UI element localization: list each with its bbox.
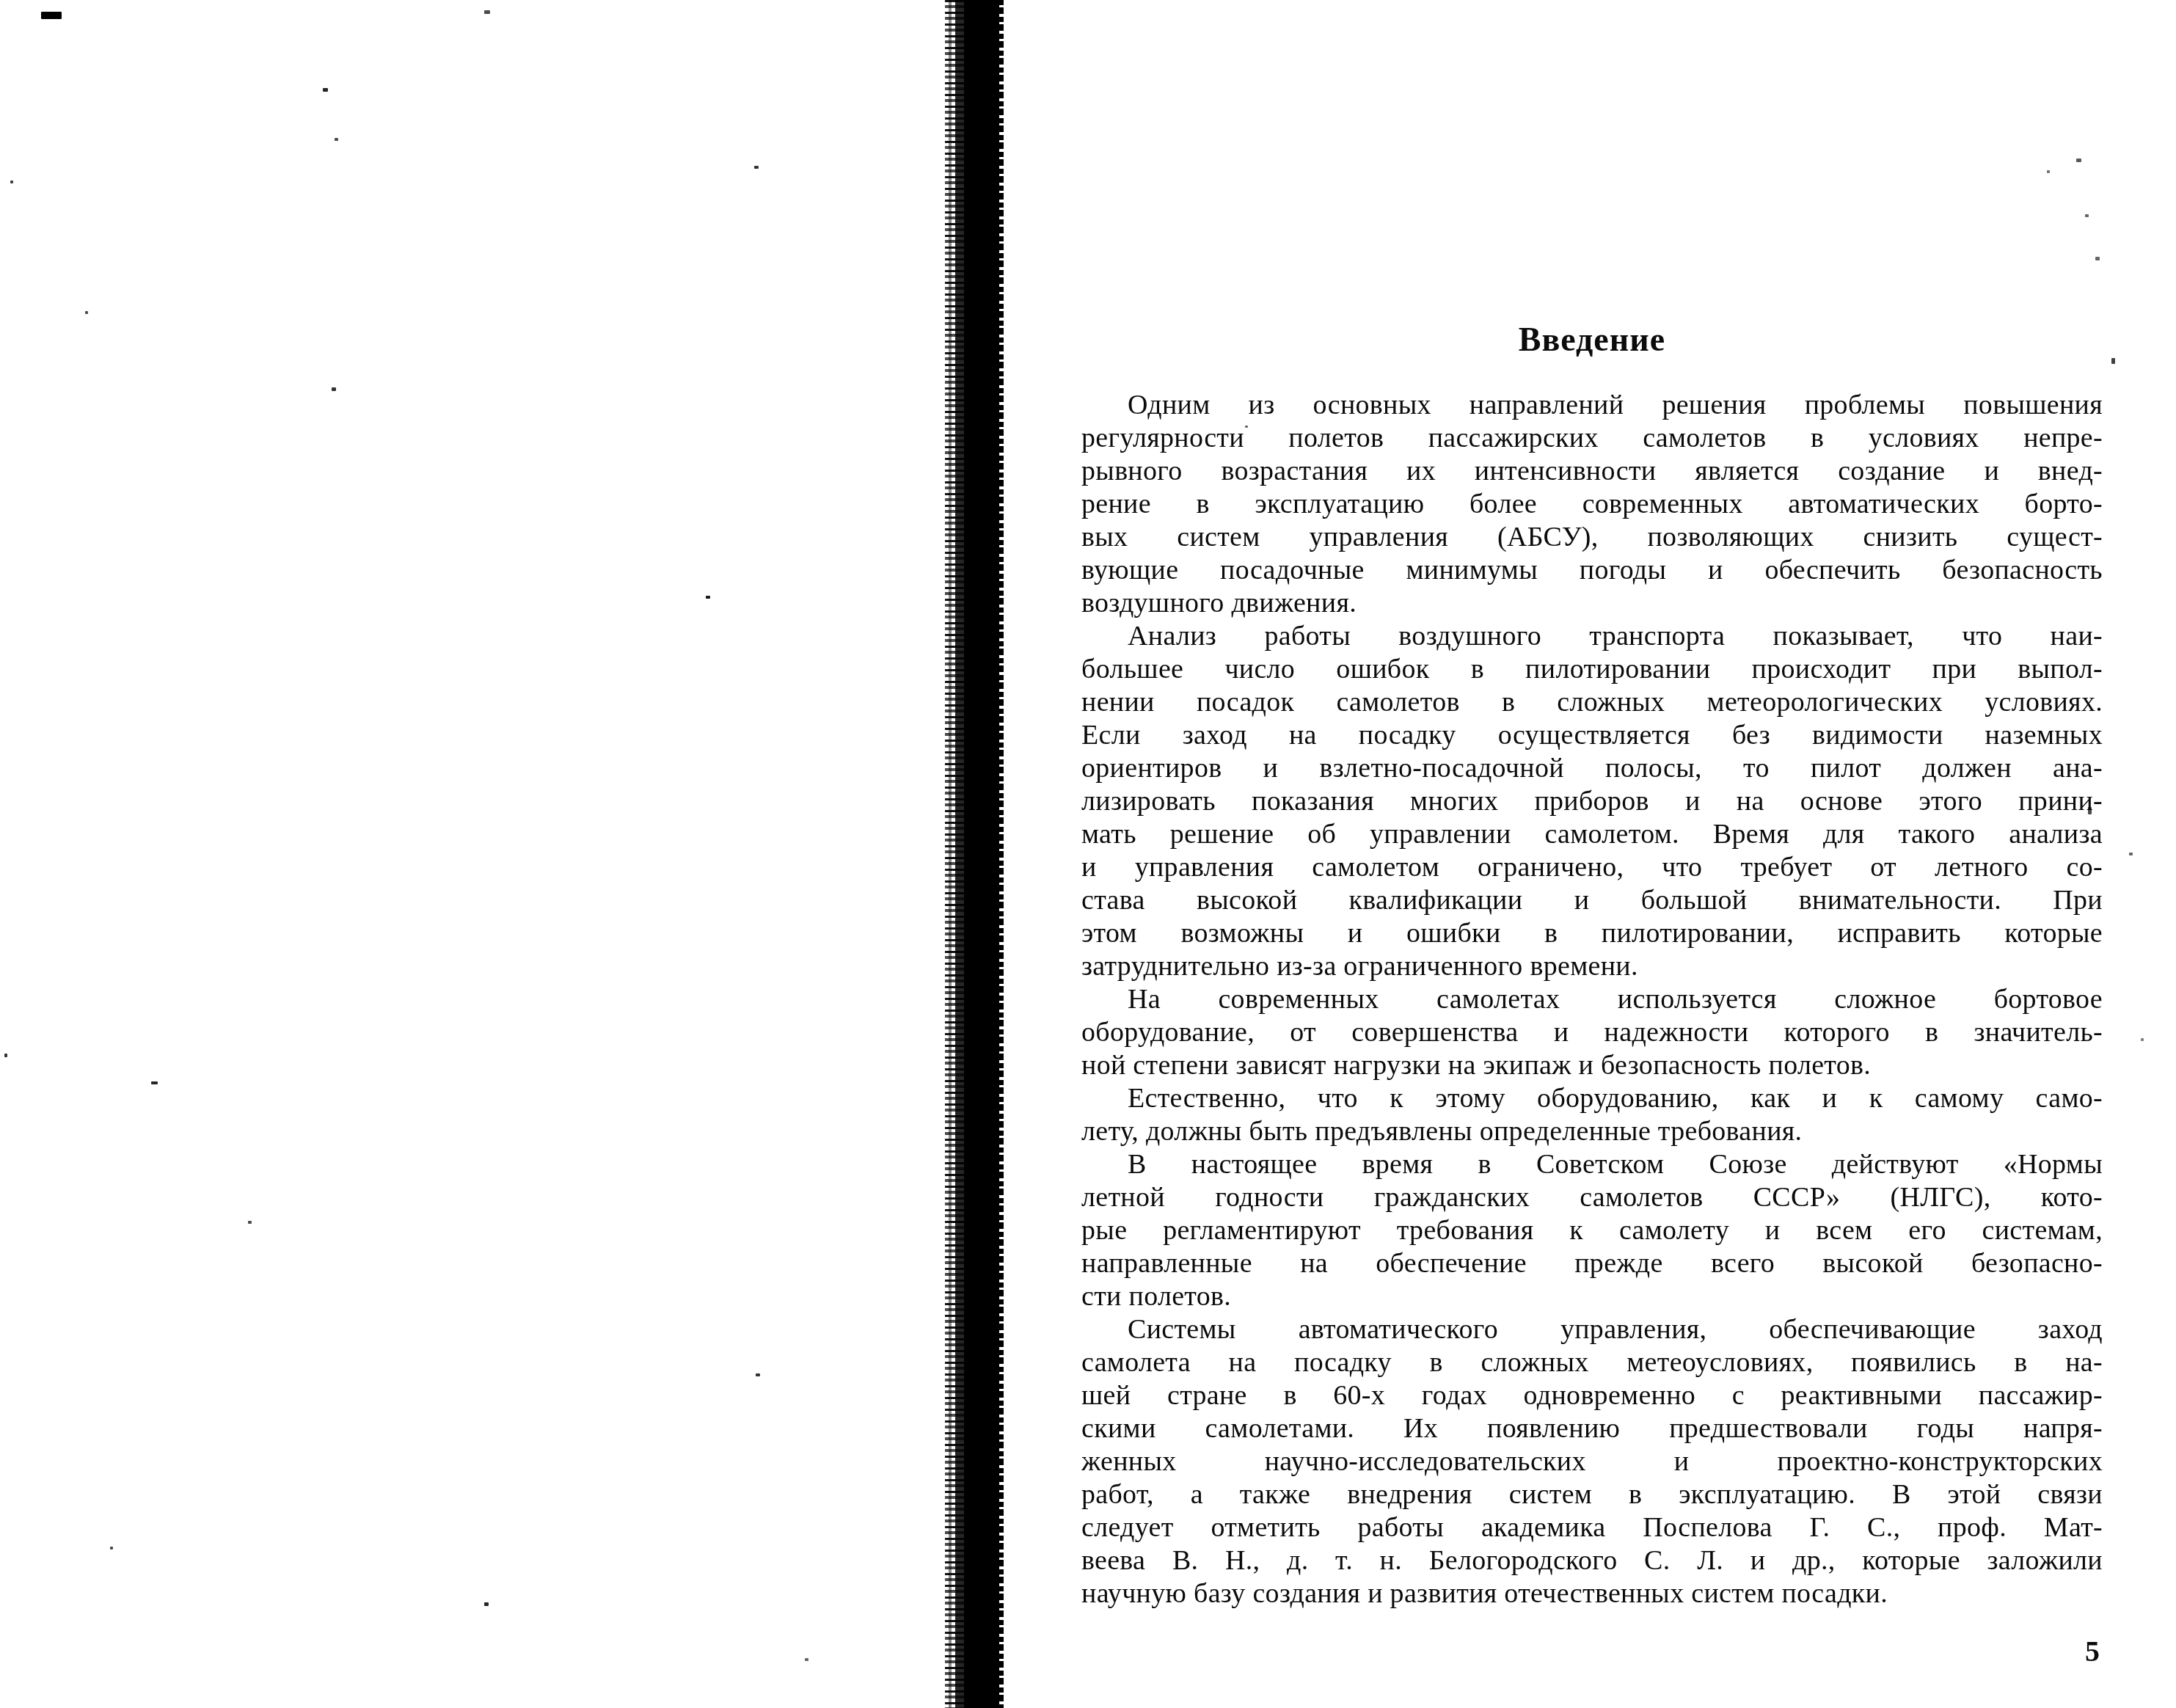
scan-speck <box>2095 257 2100 260</box>
scan-speck <box>41 12 62 19</box>
scan-speck <box>805 1658 808 1661</box>
text-line: Анализ работы воздушного транспорта пока… <box>1081 620 2103 653</box>
text-line: большее число ошибок в пилотировании про… <box>1081 653 2103 686</box>
book-gutter-shadow <box>945 0 1007 1708</box>
scan-speck <box>335 138 338 141</box>
text-line: рые регламентируют требования к самолету… <box>1081 1214 2103 1247</box>
scan-speck <box>110 1547 113 1550</box>
gutter-left-ragged-edge <box>945 0 965 1708</box>
text-line: Системы автоматического управления, обес… <box>1081 1313 2103 1346</box>
book-scan-page: Введение Одним из основных направлений р… <box>0 0 2176 1708</box>
page-number: 5 <box>2085 1635 2100 1668</box>
text-line: этом возможны и ошибки в пилотировании, … <box>1081 917 2103 950</box>
text-line: мать решение об управлении самолетом. Вр… <box>1081 818 2103 851</box>
text-line: следует отметить работы академика Поспел… <box>1081 1511 2103 1544</box>
scan-speck <box>248 1221 252 1224</box>
scan-speck <box>706 596 710 599</box>
scan-speck <box>484 1602 489 1606</box>
text-line: затруднительно из-за ограниченного време… <box>1081 950 2103 983</box>
scan-speck <box>332 387 336 391</box>
scan-speck <box>151 1081 158 1084</box>
body-text: Одним из основных направлений решения пр… <box>1081 389 2103 1610</box>
text-line: вых систем управления (АБСУ), позволяющи… <box>1081 521 2103 554</box>
paragraph: Одним из основных направлений решения пр… <box>1081 389 2103 620</box>
text-line: нении посадок самолетов в сложных метеор… <box>1081 686 2103 719</box>
text-line: лизировать показания многих приборов и н… <box>1081 785 2103 818</box>
text-line: рение в эксплуатацию более современных а… <box>1081 488 2103 521</box>
text-line: и управления самолетом ограничено, что т… <box>1081 851 2103 884</box>
paragraph: Анализ работы воздушного транспорта пока… <box>1081 620 2103 983</box>
text-line: самолета на посадку в сложных метеоуслов… <box>1081 1346 2103 1379</box>
paragraph: В настоящее время в Советском Союзе дейс… <box>1081 1148 2103 1313</box>
gutter-core-band <box>964 0 999 1708</box>
text-line: женных научно-исследовательских и проект… <box>1081 1445 2103 1478</box>
scan-speck <box>484 10 490 14</box>
text-line: става высокой квалификации и большой вни… <box>1081 884 2103 917</box>
text-line: сти полетов. <box>1081 1280 2103 1313</box>
text-line: ориентиров и взлетно-посадочной полосы, … <box>1081 752 2103 785</box>
text-line: шей стране в 60-х годах одновременно с р… <box>1081 1379 2103 1412</box>
text-line: направленные на обеспечение прежде всего… <box>1081 1247 2103 1280</box>
scan-speck <box>1245 426 1248 428</box>
text-line: Одним из основных направлений решения пр… <box>1081 389 2103 422</box>
scan-speck <box>2047 170 2050 173</box>
text-line: скими самолетами. Их появлению предшеств… <box>1081 1412 2103 1445</box>
text-line: регулярности полетов пассажирских самоле… <box>1081 422 2103 455</box>
text-line: веева В. Н., д. т. н. Белогородского С. … <box>1081 1544 2103 1577</box>
paragraph: Системы автоматического управления, обес… <box>1081 1313 2103 1610</box>
text-line: рывного возрастания их интенсивности явл… <box>1081 455 2103 488</box>
scan-speck <box>85 311 88 314</box>
scan-speck <box>2111 358 2115 364</box>
scan-speck <box>2088 807 2092 814</box>
text-line: научную базу создания и развития отечест… <box>1081 1577 2103 1610</box>
text-line: Естественно, что к этому оборудованию, к… <box>1081 1082 2103 1115</box>
text-line: Если заход на посадку осуществляется без… <box>1081 719 2103 752</box>
scan-speck <box>2085 214 2089 217</box>
scan-speck <box>2141 1038 2144 1041</box>
scan-speck <box>4 1054 7 1057</box>
text-line: воздушного движения. <box>1081 587 2103 620</box>
scan-speck <box>10 180 13 183</box>
right-text-page: Введение Одним из основных направлений р… <box>1081 323 2103 1610</box>
text-line: лету, должны быть предъявлены определенн… <box>1081 1115 2103 1148</box>
text-line: На современных самолетах используется сл… <box>1081 983 2103 1016</box>
text-line: летной годности гражданских самолетов СС… <box>1081 1181 2103 1214</box>
gutter-right-ragged-edge <box>999 0 1004 1708</box>
text-line: В настоящее время в Советском Союзе дейс… <box>1081 1148 2103 1181</box>
text-line: ной степени зависят нагрузки на экипаж и… <box>1081 1049 2103 1082</box>
page-title: Введение <box>1081 323 2103 357</box>
scan-speck <box>754 166 759 169</box>
scan-speck <box>2129 853 2133 855</box>
paragraph: Естественно, что к этому оборудованию, к… <box>1081 1082 2103 1148</box>
text-line: вующие посадочные минимумы погоды и обес… <box>1081 554 2103 587</box>
text-line: работ, а также внедрения систем в эксплу… <box>1081 1478 2103 1511</box>
paragraph: На современных самолетах используется сл… <box>1081 983 2103 1082</box>
text-line: оборудование, от совершенства и надежнос… <box>1081 1016 2103 1049</box>
scan-speck <box>2076 158 2081 162</box>
scan-speck <box>323 88 328 92</box>
scan-speck <box>756 1373 760 1376</box>
